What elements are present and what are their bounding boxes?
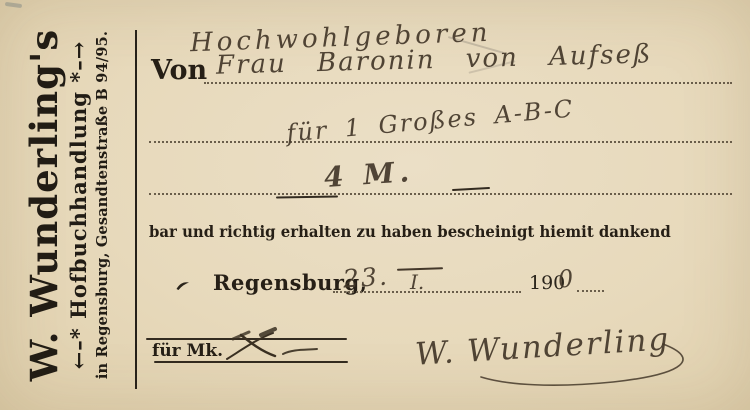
letterhead-sidebar: W. Wunderling's ←–* Hofbuchhandlung *–→ …	[0, 0, 136, 410]
company-subtitle-text: Hofbuchhandlung	[66, 91, 91, 319]
signature-flourish	[395, 332, 705, 390]
ornament-arrow-left: ←–*	[66, 327, 91, 369]
vertical-divider-rule	[135, 30, 137, 389]
year-trailing-dots	[577, 274, 604, 292]
date-month-handwriting: I.	[410, 270, 424, 294]
company-name: W. Wunderling's	[25, 29, 64, 381]
from-label: Von	[151, 55, 207, 86]
amount-dotted-line	[149, 173, 732, 195]
ink-scribble	[205, 323, 340, 365]
amount-ink-underline	[276, 195, 338, 198]
ornament-arrow-right: *–→	[66, 41, 91, 83]
company-subtitle: ←–* Hofbuchhandlung *–→	[66, 41, 91, 370]
company-address: in Regensburg, Gesandtenstraße B 94/95.	[94, 31, 111, 379]
date-day-handwriting: 23.	[342, 261, 390, 293]
confirmation-text: bar und richtig erhalten zu haben besche…	[149, 222, 671, 241]
year-digit-handwriting: 0	[557, 264, 575, 293]
leaf-ornament-icon	[175, 279, 191, 291]
receipt-document: W. Wunderling's ←–* Hofbuchhandlung *–→ …	[0, 0, 750, 410]
amount-handwriting: 4 M.	[323, 155, 415, 194]
